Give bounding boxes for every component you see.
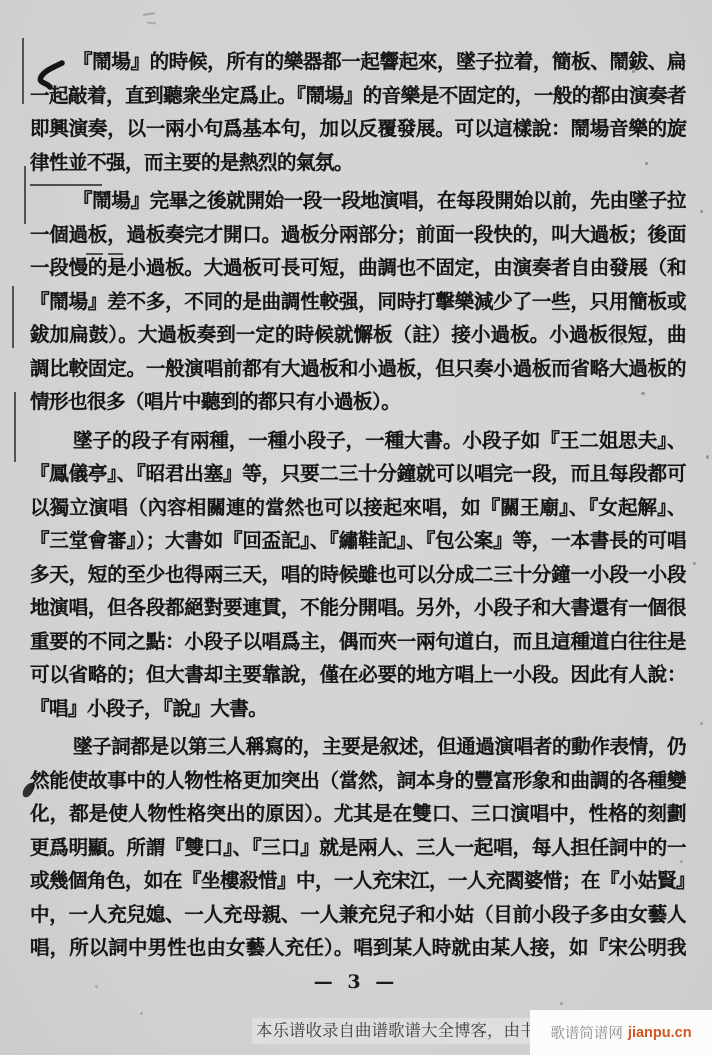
text-line: 一段慢的是小過板。大過板可長可短，曲調也不固定，由演奏者自由發展（和 [30, 251, 686, 285]
scan-speck [693, 562, 696, 565]
text-line: 或幾個角色，如在『坐樓殺惜』中，一人充宋江，一人充閻婆惜；在『小姑賢』 [30, 864, 686, 898]
text-line: 即興演奏，以一兩小句爲基本句，加以反覆發展。可以這樣說：鬧場音樂的旋 [30, 112, 686, 146]
scan-speck [700, 210, 703, 213]
footer-credit: 本乐谱收录自曲谱歌谱大全博客，由书 [252, 1018, 541, 1044]
scan-speck [700, 722, 703, 725]
text-line: 以獨立演唱（內容相關連的當然也可以接起來唱，如『關王廟』、『女起解』、 [30, 491, 686, 525]
paragraph: 墜子詞都是以第三人稱寫的，主要是叙述，但通過演唱者的動作表情，仍然能使故事中的人… [30, 730, 686, 965]
text-line: 『三堂會審』）；大書如『回盃記』、『繡鞋記』、『包公案』等，一本書長的可唱十 [30, 524, 686, 558]
text-line: 重要的不同之點：小段子以唱爲主，偶而夾一兩句道白，而且這種道白往往是 [30, 625, 686, 659]
body-text: 『鬧場』的時候，所有的樂器都一起響起來，墜子拉着，簡板、鬧鈸、扁鼓一起敲着，直到… [30, 45, 686, 965]
text-line: 一個過板，過板奏完才開口。過板分兩部分；前面一段快的，叫大過板；後面 [30, 218, 686, 252]
text-line: 調比較固定。一般演唱前都有大過板和小過板，但只奏小過板而省略大過板的 [30, 352, 686, 386]
text-line: 中，一人充兒媳、一人充母親、一人兼充兒子和小姑（目前小段子多由女藝人 [30, 898, 686, 932]
text-line: 然能使故事中的人物性格更加突出（當然，詞本身的豐富形象和曲調的各種變 [30, 764, 686, 798]
pencil-scribble [147, 22, 156, 25]
text-line: 『唱』小段子，『說』大書。 [30, 692, 686, 726]
pencil-scribble [143, 12, 155, 16]
text-line: 鈸加扁鼓）。大過板奏到一定的時候就懈板（註）接小過板。小過板很短，曲 [30, 318, 686, 352]
scanned-page: 『鬧場』的時候，所有的樂器都一起響起來，墜子拉着，簡板、鬧鈸、扁鼓一起敲着，直到… [0, 0, 712, 1055]
text-line: 化，都是使人物性格突出的原因）。尤其是在雙口、三口演唱中，性格的刻劃 [30, 797, 686, 831]
text-line: 可以省略的；但大書却主要靠說，僅在必要的地方唱上一小段。因此有人說： [30, 658, 686, 692]
text-line: 『鬧場』差不多，不同的是曲調性較强，同時打擊樂減少了一些，只用簡板或鬧 [30, 285, 686, 319]
paragraph: 『鬧場』的時候，所有的樂器都一起響起來，墜子拉着，簡板、鬧鈸、扁鼓一起敲着，直到… [30, 45, 686, 179]
scan-speck [140, 1012, 143, 1015]
text-line: 『鬧場』完畢之後就開始一段一段地演唱，在每段開始以前，先由墜子拉 [30, 184, 686, 218]
watermark: 歌谱简谱网 jianpu.cn [530, 1010, 712, 1055]
margin-line-mark [22, 38, 24, 104]
margin-line-mark [12, 286, 14, 348]
text-line: 一起敲着，直到聽衆坐定爲止。『鬧場』的音樂是不固定的，一般的都由演奏者 [30, 79, 686, 113]
text-line: 唱，所以詞中男性也由女藝人充任）。唱到某人時就由某人接，如『宋公明我 [30, 931, 686, 965]
text-line: 墜子的段子有兩種，一種小段子，一種大書。小段子如『王二姐思夫』、 [30, 424, 686, 458]
text-line: 地演唱，但各段都絕對要連貫，不能分開唱。另外，小段子和大書還有一個很 [30, 591, 686, 625]
margin-line-mark [24, 166, 26, 224]
text-line: 更爲明顯。所謂『雙口』、『三口』就是兩人、三人一起唱，每人担任詞中的一個 [30, 831, 686, 865]
text-line: 情形也很多（唱片中聽到的都只有小過板）。 [30, 385, 686, 419]
page-number: — 3 — [0, 971, 712, 993]
text-line: 律性並不强，而主要的是熱烈的氣氛。 [30, 146, 686, 180]
text-line: 墜子詞都是以第三人稱寫的，主要是叙述，但通過演唱者的動作表情，仍 [30, 730, 686, 764]
text-line: 『鬧場』的時候，所有的樂器都一起響起來，墜子拉着，簡板、鬧鈸、扁鼓 [30, 45, 686, 79]
text-line: 多天，短的至少也得兩三天，唱的時候雖也可以分成二三十分鐘一小段一小段 [30, 558, 686, 592]
watermark-site-name: 歌谱简谱网 [550, 1022, 623, 1043]
scan-speck [706, 455, 709, 459]
scan-speck [560, 1002, 563, 1005]
paragraph: 『鬧場』完畢之後就開始一段一段地演唱，在每段開始以前，先由墜子拉一個過板，過板奏… [30, 184, 686, 419]
watermark-link[interactable]: jianpu.cn [628, 1025, 692, 1041]
text-line: 『鳳儀亭』、『昭君出塞』等，只要二三十分鐘就可以唱完一段，而且每段都可 [30, 457, 686, 491]
margin-line-mark [14, 392, 16, 462]
paragraph: 墜子的段子有兩種，一種小段子，一種大書。小段子如『王二姐思夫』、『鳳儀亭』、『昭… [30, 424, 686, 726]
